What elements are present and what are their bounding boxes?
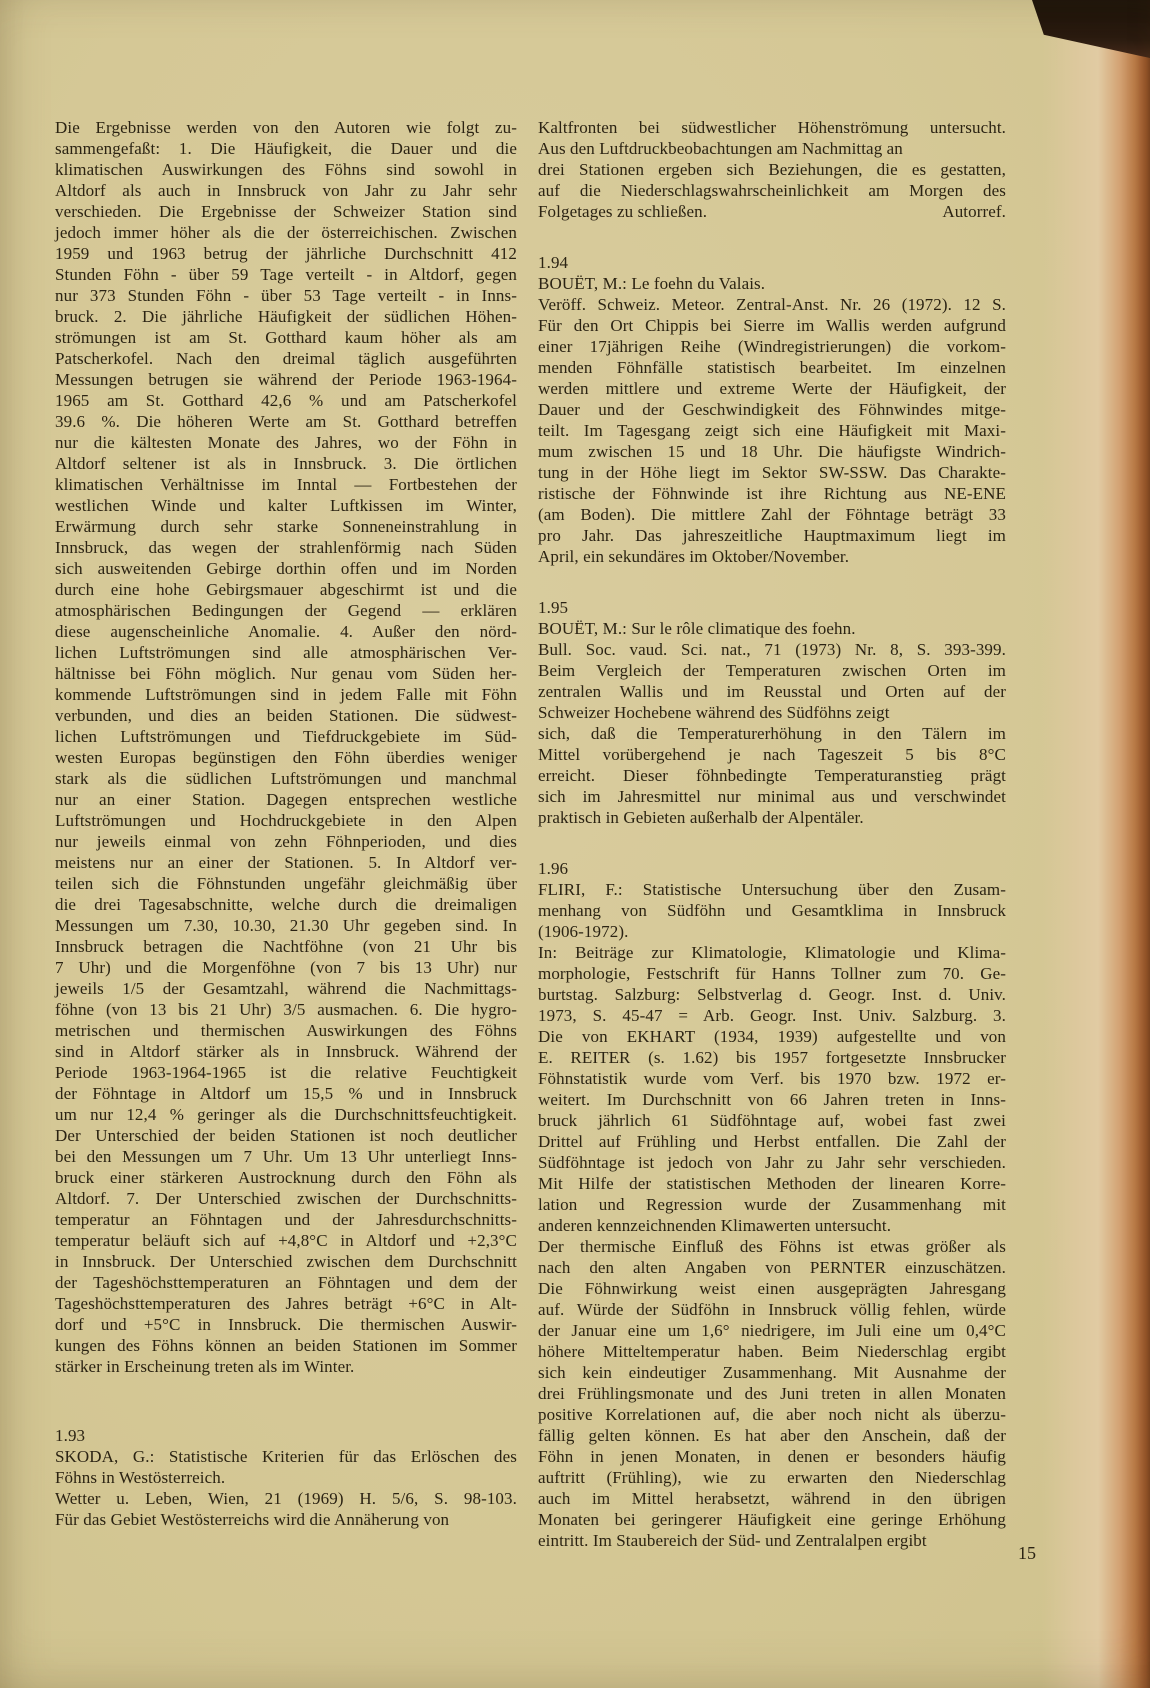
text-line: sich, daß die Temperaturerhöhung in den … <box>538 723 1006 744</box>
text-line: Folgetages zu schließen.Autorref. <box>538 201 1006 222</box>
text-line: Innsbruck, das wegen der strahlenförmig … <box>55 537 517 558</box>
text-line: Der thermische Einfluß des Föhns ist etw… <box>538 1236 1006 1257</box>
text-line: teilt. Im Tagesgang zeigt sich eine Häuf… <box>538 420 1006 441</box>
text-line: Kaltfronten bei südwestlicher Höhenström… <box>538 117 1006 138</box>
text-line: kungen des Föhns können an beiden Statio… <box>55 1335 517 1356</box>
text-line: sammengefaßt: 1. Die Häufigkeit, die Dau… <box>55 138 517 159</box>
text-line: sind in Altdorf stärker als in Innsbruck… <box>55 1041 517 1062</box>
text-line: der Januar eine um 1,6° niedrigere, im J… <box>538 1320 1006 1341</box>
text-line: auftritt (Frühling), wie zu erwarten den… <box>538 1467 1006 1488</box>
text-line: diese augenscheinliche Anomalie. 4. Auße… <box>55 621 517 642</box>
text-line: Mittel vorübergehend je nach Tageszeit 5… <box>538 744 1006 765</box>
text-line: atmosphärischen Bedingungen der Gegend —… <box>55 600 517 621</box>
abstract-end-1-93: Kaltfronten bei südwestlicher Höhenström… <box>538 117 1006 222</box>
text-line: Die Föhnwirkung weist einen ausgeprägten… <box>538 1278 1006 1299</box>
text-line: der Tageshöchsttemperaturen an Föhntagen… <box>55 1272 517 1293</box>
entry-1-93: 1.93SKODA, G.: Statistische Kriterien fü… <box>55 1425 517 1530</box>
right-column: Kaltfronten bei südwestlicher Höhenström… <box>538 117 1006 1551</box>
text-line: Südföhntage ist jedoch von Jahr zu Jahr … <box>538 1152 1006 1173</box>
text-line: kommende Luftströmungen sind in jedem Fa… <box>55 684 517 705</box>
text-line: In: Beiträge zur Klimatologie, Klimatolo… <box>538 942 1006 963</box>
text-line: Der Unterschied der beiden Stationen ist… <box>55 1125 517 1146</box>
text-line: drei Frühlingsmonate und des Juni treten… <box>538 1383 1006 1404</box>
text-line: Tageshöchsttemperaturen des Jahres beträ… <box>55 1293 517 1314</box>
text-line: menden Föhnfälle statistisch bearbeitet.… <box>538 357 1006 378</box>
text-line: klimatischen Auswirkungen des Föhns sind… <box>55 159 517 180</box>
text-line: lichen Luftströmungen sind alle atmosphä… <box>55 642 517 663</box>
text-line: Aus den Luftdruckbeobachtungen am Nachmi… <box>538 138 1006 159</box>
text-line: 1.96 <box>538 858 1006 879</box>
text-line: hältnisse bei Föhn möglich. Nur genau vo… <box>55 663 517 684</box>
text-line: 1.94 <box>538 252 1006 273</box>
text-line: Periode 1963-1964-1965 ist die relative … <box>55 1062 517 1083</box>
text-line: auf. Würde der Südföhn in Innsbruck völl… <box>538 1299 1006 1320</box>
text-line: Die Ergebnisse werden von den Autoren wi… <box>55 117 517 138</box>
text-line: FLIRI, F.: Statistische Untersuchung übe… <box>538 879 1006 900</box>
text-line: meistens nur an einer der Stationen. 5. … <box>55 852 517 873</box>
text-line: Erwärmung durch sehr starke Sonneneinstr… <box>55 516 517 537</box>
text-line: menhang von Südföhn und Gesamtklima in I… <box>538 900 1006 921</box>
text-line: jeweils 1/5 der Gesamtzahl, während die … <box>55 978 517 999</box>
text-line: Stunden Föhn - über 59 Tage verteilt - i… <box>55 264 517 285</box>
text-line: Altdorf als auch in Innsbruck von Jahr z… <box>55 180 517 201</box>
page-edge-shadow <box>1042 0 1150 1688</box>
text-line: BOUËT, M.: Le foehn du Valais. <box>538 273 1006 294</box>
text-line: anderen kennzeichnenden Klimawerten unte… <box>538 1215 1006 1236</box>
text-line: Patscherkofel. Nach den dreimal täglich … <box>55 348 517 369</box>
text-line: weitert. Im Durchschnitt von 66 Jahren t… <box>538 1089 1006 1110</box>
text-line: auch im Mittel herabsetzt, während in de… <box>538 1488 1006 1509</box>
abstract-continuation-left: Die Ergebnisse werden von den Autoren wi… <box>55 117 517 1377</box>
text-line: Messungen betrugen sie während der Perio… <box>55 369 517 390</box>
scanned-page: Die Ergebnisse werden von den Autoren wi… <box>0 0 1150 1688</box>
text-line: 1973, S. 45-47 = Arb. Geogr. Inst. Univ.… <box>538 1005 1006 1026</box>
text-line: Föhns in Westösterreich. <box>55 1467 517 1488</box>
text-line: Bull. Soc. vaud. Sci. nat., 71 (1973) Nr… <box>538 639 1006 660</box>
text-line: auf die Niederschlagswahrscheinlichkeit … <box>538 180 1006 201</box>
text-line: Altdorf. 7. Der Unterschied zwischen der… <box>55 1188 517 1209</box>
text-line: Mit Hilfe der statistischen Methoden der… <box>538 1173 1006 1194</box>
text-line: um nur 12,4 % geringer als die Durchschn… <box>55 1104 517 1125</box>
text-line: Messungen um 7.30, 10.30, 21.30 Uhr gege… <box>55 915 517 936</box>
text-line: Monaten bei geringerer Häufigkeit eine g… <box>538 1509 1006 1530</box>
text-line: 1.95 <box>538 597 1006 618</box>
text-line: Föhnstatistik wurde vom Verf. bis 1970 b… <box>538 1068 1006 1089</box>
text-line: 1.93 <box>55 1425 517 1446</box>
entry-1-94: 1.94BOUËT, M.: Le foehn du Valais.Veröff… <box>538 252 1006 567</box>
text-line: erreicht. Dieser föhnbedingte Temperatur… <box>538 765 1006 786</box>
text-line: burtstag. Salzburg: Selbstverlag d. Geog… <box>538 984 1006 1005</box>
text-line: westlichen Winde und kalter Luftkissen i… <box>55 495 517 516</box>
text-line: 1965 am St. Gotthard 42,6 % und am Patsc… <box>55 390 517 411</box>
text-line: Dauer und der Geschwindigkeit des Föhnwi… <box>538 399 1006 420</box>
text-line: April, ein sekundäres im Oktober/Novembe… <box>538 546 1006 567</box>
text-line: Altdorf seltener ist als in Innsbruck. 3… <box>55 453 517 474</box>
text-line: eintritt. Im Staubereich der Süd- und Ze… <box>538 1530 1006 1551</box>
text-line: bruck einer stärkeren Austrocknung durch… <box>55 1167 517 1188</box>
text-line: durch eine hohe Gebirgsmauer abgeschirmt… <box>55 579 517 600</box>
text-line: Innsbruck betragen die Nachtföhne (von 2… <box>55 936 517 957</box>
text-line: sich kein eindeutiger Zusammenhang. Mit … <box>538 1362 1006 1383</box>
text-line: teilen sich die Föhnstunden ungefähr gle… <box>55 873 517 894</box>
text-line: temperatur beläuft sich auf +4,8°C in Al… <box>55 1230 517 1251</box>
text-line: mum zwischen 15 und 18 Uhr. Die häufigst… <box>538 441 1006 462</box>
text-line: 1959 und 1963 betrug der jährliche Durch… <box>55 243 517 264</box>
text-line: strömungen ist am St. Gotthard kaum höhe… <box>55 327 517 348</box>
text-line: fällig gelten können. Es hat aber den An… <box>538 1425 1006 1446</box>
text-line: tung in der Höhe liegt im Sektor SW-SSW.… <box>538 462 1006 483</box>
text-line: Die von EKHART (1934, 1939) aufgestellte… <box>538 1026 1006 1047</box>
text-line: Luftströmungen und Hochdruckgebiete in d… <box>55 810 517 831</box>
text-line: SKODA, G.: Statistische Kriterien für da… <box>55 1446 517 1467</box>
text-line: ristische der Föhnwinde ist ihre Richtun… <box>538 483 1006 504</box>
text-line: klimatischen Verhältnisse im Inntal — Fo… <box>55 474 517 495</box>
text-line: zentralen Wallis und im Reusstal und Ort… <box>538 681 1006 702</box>
text-line: Für das Gebiet Westösterreichs wird die … <box>55 1509 517 1530</box>
text-line: nur 373 Stunden Föhn - über 53 Tage vert… <box>55 285 517 306</box>
text-line: lichen Luftströmungen und Tiefdruckgebie… <box>55 726 517 747</box>
text-line: nur jeweils einmal von zehn Föhnperioden… <box>55 831 517 852</box>
text-line: metrischen und thermischen Auswirkungen … <box>55 1020 517 1041</box>
entry-1-96: 1.96FLIRI, F.: Statistische Untersuchung… <box>538 858 1006 1551</box>
text-line: positive Korrelationen auf, die aber noc… <box>538 1404 1006 1425</box>
text-line: nach den alten Angaben von PERNTER einzu… <box>538 1257 1006 1278</box>
text-line: einer 17jährigen Reihe (Windregistrierun… <box>538 336 1006 357</box>
text-line: sich ausweitenden Gebirge dorthin offen … <box>55 558 517 579</box>
text-line: bei den Messungen um 7 Uhr. Um 13 Uhr un… <box>55 1146 517 1167</box>
page-number: 15 <box>1018 1543 1036 1564</box>
text-line: verschieden. Die Ergebnisse der Schweize… <box>55 201 517 222</box>
text-line: pro Jahr. Das jahreszeitliche Hauptmaxim… <box>538 525 1006 546</box>
text-line: verbunden, und dies an beiden Stationen.… <box>55 705 517 726</box>
text-line: 7 Uhr) und die Morgenföhne (von 7 bis 13… <box>55 957 517 978</box>
text-line: 39.6 %. Die höheren Werte am St. Gotthar… <box>55 411 517 432</box>
text-line: E. REITER (s. 1.62) bis 1957 fortgesetzt… <box>538 1047 1006 1068</box>
text-line: in Innsbruck. Der Unterschied zwischen d… <box>55 1251 517 1272</box>
text-line: Föhn in jenen Monaten, in denen er beson… <box>538 1446 1006 1467</box>
text-line: bruck. 2. Die jährliche Häufigkeit der s… <box>55 306 517 327</box>
text-line: Beim Vergleich der Temperaturen zwischen… <box>538 660 1006 681</box>
text-line: jedoch immer höher als die der österreic… <box>55 222 517 243</box>
text-line: sich im Jahresmittel nur minimal aus und… <box>538 786 1006 807</box>
text-line: stärker in Erscheinung treten als im Win… <box>55 1356 517 1377</box>
text-line: der Föhntage in Altdorf um 15,5 % und in… <box>55 1083 517 1104</box>
text-line: BOUËT, M.: Sur le rôle climatique des fo… <box>538 618 1006 639</box>
text-line: Drittel auf Frühling und Herbst entfalle… <box>538 1131 1006 1152</box>
text-line: Schweizer Hochebene während des Südföhns… <box>538 702 1006 723</box>
text-line: drei Stationen ergeben sich Beziehungen,… <box>538 159 1006 180</box>
text-line: nur die kältesten Monate des Jahres, wo … <box>55 432 517 453</box>
entry-1-95: 1.95BOUËT, M.: Sur le rôle climatique de… <box>538 597 1006 828</box>
text-line: nur an einer Station. Dagegen entspreche… <box>55 789 517 810</box>
text-line: höhere Mitteltemperatur haben. Beim Nied… <box>538 1341 1006 1362</box>
text-line: dorf und +5°C in Innsbruck. Die thermisc… <box>55 1314 517 1335</box>
text-line: föhne (von 13 bis 21 Uhr) 3/5 ausmachen.… <box>55 999 517 1020</box>
text-line: praktisch in Gebieten außerhalb der Alpe… <box>538 807 1006 828</box>
text-line: morphologie, Festschrift für Hanns Tolln… <box>538 963 1006 984</box>
text-line: temperatur an Föhntagen und der Jahresdu… <box>55 1209 517 1230</box>
text-line: lation und Regression wurde der Zusammen… <box>538 1194 1006 1215</box>
text-line: bruck jährlich 61 Südföhntage auf, wobei… <box>538 1110 1006 1131</box>
text-line: (1906-1972). <box>538 921 1006 942</box>
left-column: Die Ergebnisse werden von den Autoren wi… <box>55 117 517 1530</box>
text-line: die drei Tagesabschnitte, welche durch d… <box>55 894 517 915</box>
text-line: Für den Ort Chippis bei Sierre im Wallis… <box>538 315 1006 336</box>
text-line: (am Boden). Die mittlere Zahl der Föhnta… <box>538 504 1006 525</box>
text-line: stark als die südlichen Luftströmungen u… <box>55 768 517 789</box>
text-line: Wetter u. Leben, Wien, 21 (1969) H. 5/6,… <box>55 1488 517 1509</box>
text-line: werden mittlere und extreme Werte der Hä… <box>538 378 1006 399</box>
text-line: westen Europas begünstigen den Föhn über… <box>55 747 517 768</box>
text-line: Veröff. Schweiz. Meteor. Zentral-Anst. N… <box>538 294 1006 315</box>
